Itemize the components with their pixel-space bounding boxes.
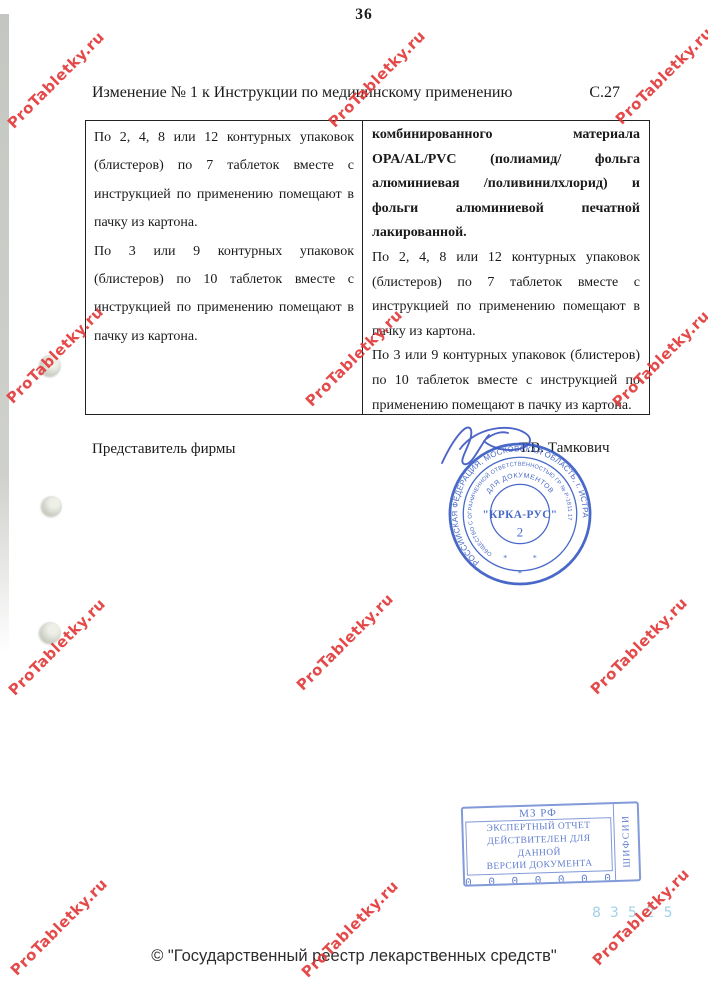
page-number: 36 [340,6,388,24]
watermark-text: ProTabletky.ru [4,28,108,132]
signature-icon [436,417,556,475]
table-cell-right: комбинированного материала OPA/AL/PVC (п… [363,121,649,414]
stamp-separator: * [533,553,537,562]
paragraph: По 2, 4, 8 или 12 контурных упаковок (бл… [372,246,640,344]
watermark-text: ProTabletky.ru [293,590,397,694]
stamp-inner-arc-text: ДЛЯ ДОКУМЕНТОВ [485,472,554,495]
stamp-side-text: ШИФСИИ [621,815,633,868]
representative-label: Представитель фирмы [92,441,235,458]
watermark-text: ProTabletky.ru [612,24,708,128]
paragraph: По 3 или 9 контурных упаковок (блистеров… [372,344,640,418]
stamp-company-name: "КРКА-РУС" [483,509,558,521]
stamp-main-area: МЗ РФ ЭКСПЕРТНЫЙ ОТЧЕТ ДЕЙСТВИТЕЛЕН ДЛЯ … [463,804,615,885]
watermark-text: ProTabletky.ru [325,27,429,131]
paragraph-bold: комбинированного материала OPA/AL/PVC (п… [372,123,640,246]
stamp-center-number: 2 [517,526,523,540]
page-ref: С.27 [589,84,620,102]
table-cell-left: По 2, 4, 8 или 12 контурных упаковок (бл… [86,121,363,414]
punch-hole [42,496,62,516]
watermark-text: ProTabletky.ru [5,595,109,699]
document-title: Изменение № 1 к Инструкции по медицинско… [92,84,512,102]
watermark-text: ProTabletky.ru [587,594,691,698]
stamp-side-section: ШИФСИИ [613,803,639,880]
paragraph: По 2, 4, 8 или 12 контурных упаковок (бл… [94,124,354,238]
stamp-separator: * [503,553,507,562]
packaging-table: По 2, 4, 8 или 12 контурных упаковок (бл… [85,120,650,415]
stamp-separator: * [518,568,523,578]
paragraph: По 3 или 9 контурных упаковок (блистеров… [94,238,354,352]
expert-report-stamp: МЗ РФ ЭКСПЕРТНЫЙ ОТЧЕТ ДЕЙСТВИТЕЛЕН ДЛЯ … [461,801,641,887]
scan-edge-shadow [0,14,9,654]
stamp-inner-box: ЭКСПЕРТНЫЙ ОТЧЕТ ДЕЙСТВИТЕЛЕН ДЛЯ ДАННОЙ… [465,817,613,876]
